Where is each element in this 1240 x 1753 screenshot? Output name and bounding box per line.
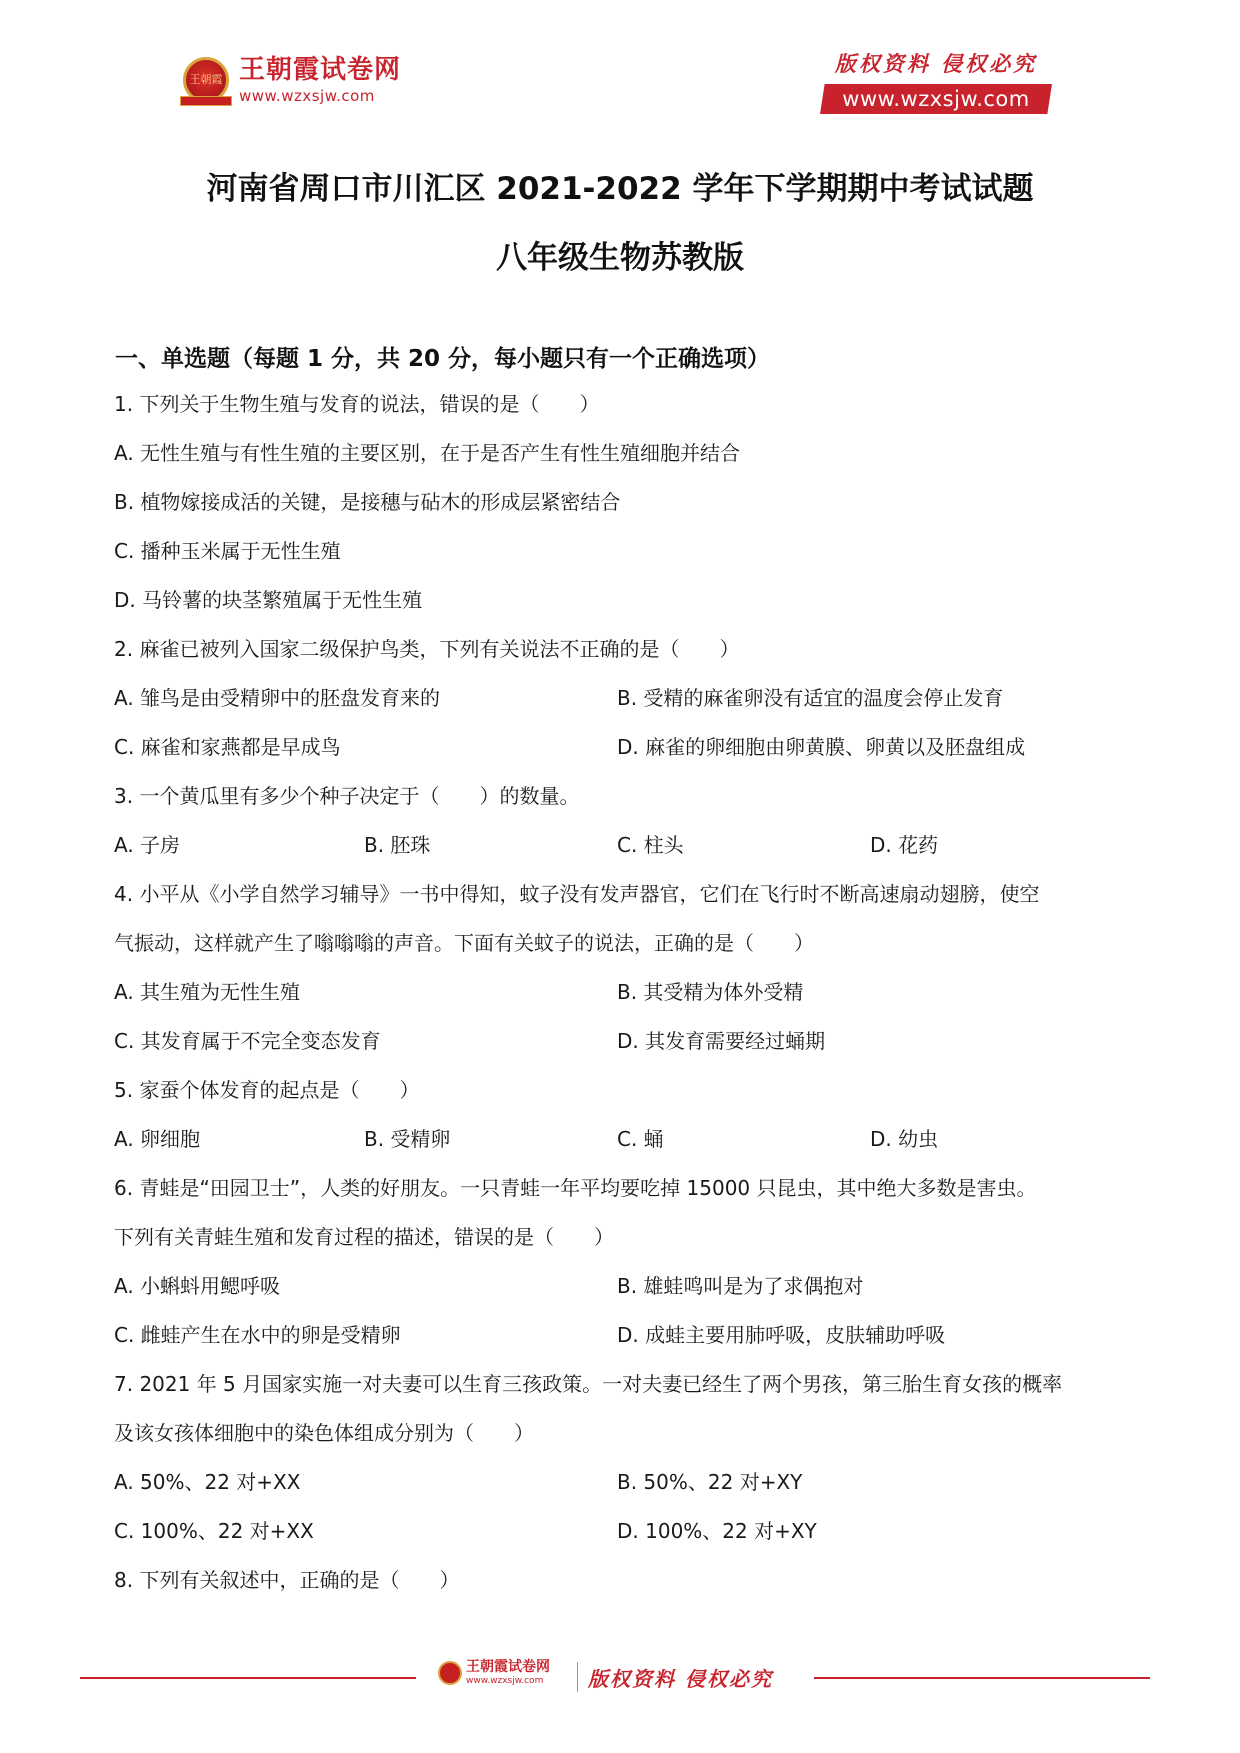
question-5-option-b: B. 受精卵	[364, 1123, 450, 1152]
footer-rule-left	[80, 1677, 416, 1679]
footer-emblem-icon	[438, 1661, 462, 1685]
site-logo[interactable]: 王朝霞 王朝霞试卷网 www.wzxsjw.com	[183, 50, 401, 110]
question-3-option-c: C. 柱头	[617, 829, 684, 858]
brand-url[interactable]: www.wzxsjw.com	[239, 89, 401, 104]
question-2-option-b: B. 受精的麻雀卵没有适宜的温度会停止发育	[617, 682, 1003, 711]
question-4-option-d: D. 其发育需要经过蛹期	[617, 1025, 825, 1054]
question-7-option-b: B. 50%、22 对+XY	[617, 1466, 802, 1495]
question-1-option-b: B. 植物嫁接成活的关键，是接穗与砧木的形成层紧密结合	[114, 486, 620, 515]
question-4-option-c: C. 其发育属于不完全变态发育	[114, 1025, 381, 1054]
question-1-option-a: A. 无性生殖与有性生殖的主要区别，在于是否产生有性生殖细胞并结合	[114, 437, 740, 466]
brand-name: 王朝霞试卷网	[239, 57, 401, 83]
question-6-stem-line-2: 下列有关青蛙生殖和发育过程的描述，错误的是（ ）	[114, 1221, 614, 1250]
copyright-badge: 版权资料 侵权必究 www.wzxsjw.com	[820, 48, 1052, 114]
question-5-option-a: A. 卵细胞	[114, 1123, 200, 1152]
footer-slogan: 版权资料 侵权必究	[588, 1663, 773, 1692]
question-6-option-d: D. 成蛙主要用肺呼吸，皮肤辅助呼吸	[617, 1319, 945, 1348]
question-1-option-c: C. 播种玉米属于无性生殖	[114, 535, 341, 564]
question-6-option-c: C. 雌蛙产生在水中的卵是受精卵	[114, 1319, 401, 1348]
question-2-option-a: A. 雏鸟是由受精卵中的胚盘发育来的	[114, 682, 440, 711]
question-8-stem: 8. 下列有关叙述中，正确的是（ ）	[114, 1564, 459, 1593]
document-subtitle: 八年级生物苏教版	[0, 232, 1240, 277]
page-footer: 王朝霞试卷网 www.wzxsjw.com 版权资料 侵权必究	[0, 1658, 1240, 1698]
question-5-option-c: C. 蛹	[617, 1123, 664, 1152]
url-banner[interactable]: www.wzxsjw.com	[820, 84, 1052, 114]
footer-logo[interactable]: 王朝霞试卷网 www.wzxsjw.com	[438, 1660, 550, 1686]
footer-brand-name: 王朝霞试卷网	[466, 1660, 550, 1674]
question-7-option-c: C. 100%、22 对+XX	[114, 1515, 314, 1544]
question-4-stem-line-1: 4. 小平从《小学自然学习辅导》一书中得知，蚊子没有发声器官，它们在飞行时不断高…	[114, 878, 1039, 907]
question-6-stem-line-1: 6. 青蛙是“田园卫士”，人类的好朋友。一只青蛙一年平均要吃掉 15000 只昆…	[114, 1172, 1037, 1201]
question-1-stem: 1. 下列关于生物生殖与发育的说法，错误的是（ ）	[114, 388, 599, 417]
question-2-option-c: C. 麻雀和家燕都是早成鸟	[114, 731, 341, 760]
emblem-text: 王朝霞	[186, 71, 226, 87]
question-4-stem-line-2: 气振动，这样就产生了嗡嗡嗡的声音。下面有关蚊子的说法，正确的是（ ）	[114, 927, 814, 956]
question-3-option-d: D. 花药	[870, 829, 938, 858]
document-title: 河南省周口市川汇区 2021-2022 学年下学期期中考试试题	[0, 163, 1240, 208]
question-3-stem: 3. 一个黄瓜里有多少个种子决定于（ ）的数量。	[114, 780, 579, 809]
footer-rule-right	[814, 1677, 1150, 1679]
footer-divider	[577, 1662, 578, 1692]
section-heading: 一、单选题（每题 1 分，共 20 分，每小题只有一个正确选项）	[115, 340, 770, 373]
copyright-slogan: 版权资料 侵权必究	[820, 48, 1052, 78]
question-5-option-d: D. 幼虫	[870, 1123, 938, 1152]
question-7-option-a: A. 50%、22 对+XX	[114, 1466, 300, 1495]
question-4-option-b: B. 其受精为体外受精	[617, 976, 803, 1005]
question-6-option-a: A. 小蝌蚪用鳃呼吸	[114, 1270, 280, 1299]
question-2-stem: 2. 麻雀已被列入国家二级保护鸟类，下列有关说法不正确的是（ ）	[114, 633, 739, 662]
question-4-option-a: A. 其生殖为无性生殖	[114, 976, 300, 1005]
question-7-stem-line-2: 及该女孩体细胞中的染色体组成分别为（ ）	[114, 1417, 534, 1446]
question-3-option-a: A. 子房	[114, 829, 180, 858]
question-7-stem-line-1: 7. 2021 年 5 月国家实施一对夫妻可以生育三孩政策。一对夫妻已经生了两个…	[114, 1368, 1062, 1397]
question-5-stem: 5. 家蚕个体发育的起点是（ ）	[114, 1074, 419, 1103]
question-7-option-d: D. 100%、22 对+XY	[617, 1515, 817, 1544]
question-3-option-b: B. 胚珠	[364, 829, 430, 858]
brand-emblem-icon: 王朝霞	[183, 57, 229, 103]
question-2-option-d: D. 麻雀的卵细胞由卵黄膜、卵黄以及胚盘组成	[617, 731, 1025, 760]
footer-brand-url[interactable]: www.wzxsjw.com	[466, 1677, 550, 1686]
question-1-option-d: D. 马铃薯的块茎繁殖属于无性生殖	[114, 584, 422, 613]
question-6-option-b: B. 雄蛙鸣叫是为了求偶抱对	[617, 1270, 863, 1299]
